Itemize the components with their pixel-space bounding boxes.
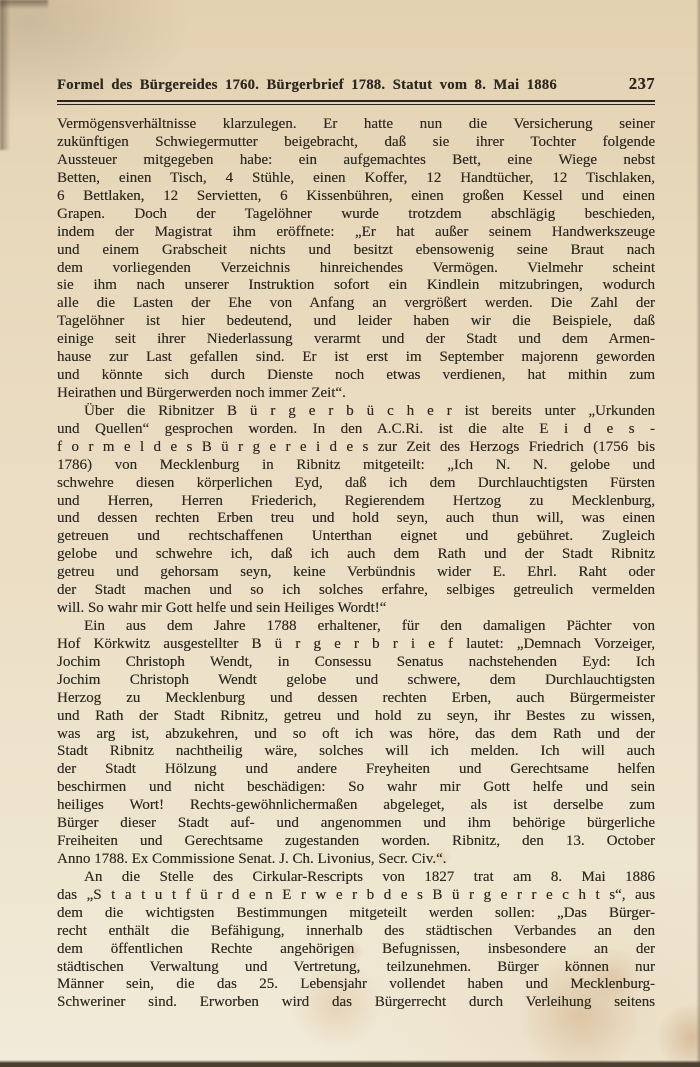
text-line: will. So wahr mir Gott helfe und sein He… — [57, 600, 655, 618]
text-line: Betten, einen Tisch, 4 Stühle, einen Kof… — [57, 170, 655, 188]
text-line: 6 Bettlaken, 12 Servietten, 6 Kissenbühr… — [57, 188, 655, 206]
text-line: getreu und gehorsam seyn, keine Verbündn… — [57, 564, 655, 582]
text-line: und könnte sich durch Dienste noch etwas… — [57, 367, 655, 385]
text-line: Jochim Christoph Wendt gelobe und schwer… — [57, 672, 655, 690]
text-line: Ein aus dem Jahre 1788 erhaltener, für d… — [57, 618, 655, 636]
paragraph: Ein aus dem Jahre 1788 erhaltener, für d… — [57, 618, 655, 869]
text-line: und Herren, Herren Friederich, Regierend… — [57, 493, 655, 511]
text-line: Aussteuer mitgegeben habe: ein aufgemach… — [57, 152, 655, 170]
text-line: schwehre diesen körperlichen Eyd, daß ic… — [57, 475, 655, 493]
paragraph: An die Stelle des Cirkular-Rescripts von… — [57, 869, 655, 1012]
text-line: Herzog zu Mecklenburg und dessen rechten… — [57, 690, 655, 708]
text-line: dem vorliegenden Verzeichnis hinreichend… — [57, 260, 655, 278]
text-line: Heirathen und Bürgerwerden noch immer Ze… — [57, 385, 655, 403]
text-line: sie ihm nach unserer Instruktion sofort … — [57, 277, 655, 295]
text-line: hause zur Last gefallen sind. Er ist ers… — [57, 349, 655, 367]
text-line: Grapen. Doch der Tagelöhner wurde trotzd… — [57, 206, 655, 224]
text-line: Stadt Ribnitz nachtheilig wäre, solches … — [57, 743, 655, 761]
text-line: städtischen Verwaltung und Vertretung, t… — [57, 959, 655, 977]
header-rule-thin — [57, 104, 655, 105]
text-line: zukünftigen Schwiegermutter beigebracht,… — [57, 134, 655, 152]
text-line: beschirmen und nicht beschädigen: So wah… — [57, 779, 655, 797]
text-line: und dessen rechten Erben treu und hold s… — [57, 510, 655, 528]
text-line: und Rath der Stadt Ribnitz, getreu und h… — [57, 708, 655, 726]
book-edge-left-shadow — [0, 0, 10, 150]
text-line: heiliges Wort! Rechts-gewöhnlichermaßen … — [57, 797, 655, 815]
body-text: Vermögensverhältnisse klarzulegen. Er ha… — [57, 116, 655, 1012]
text-line: das „S t a t u t f ü r d e n E r w e r b… — [57, 887, 655, 905]
text-line: Schweriner sind. Erworben wird das Bürge… — [57, 994, 655, 1012]
header-rule-thick — [57, 100, 655, 102]
text-line: recht enthält die Befähigung, innerhalb … — [57, 923, 655, 941]
text-line: Anno 1788. Ex Commissione Senat. J. Ch. … — [57, 851, 655, 869]
text-line: was arg ist, abzukehren, und so oft ich … — [57, 726, 655, 744]
text-line: Jochim Christoph Wendt, in Consessu Sena… — [57, 654, 655, 672]
text-line: f o r m e l d e s B ü r g e r e i d e s … — [57, 439, 655, 457]
text-line: getreuen und rechtschaffenen Unterthan e… — [57, 528, 655, 546]
text-line: An die Stelle des Cirkular-Rescripts von… — [57, 869, 655, 887]
paragraph: Über die Ribnitzer B ü r g e r b ü c h e… — [57, 403, 655, 618]
paper-stain — [655, 1003, 700, 1067]
text-line: Freiheiten und Gerechtsame zugestanden w… — [57, 833, 655, 851]
text-line: der Stadt machen und so ich solches erfa… — [57, 582, 655, 600]
paragraph: Vermögensverhältnisse klarzulegen. Er ha… — [57, 116, 655, 403]
text-line: Vermögensverhältnisse klarzulegen. Er ha… — [57, 116, 655, 134]
text-line: Bürger dieser Stadt auf- und angenommen … — [57, 815, 655, 833]
text-line: alle die Lasten der Ehe von Anfang an ve… — [57, 295, 655, 313]
text-line: der Stadt Hölzung und andere Freyheiten … — [57, 761, 655, 779]
text-line: Männer sein, die das 25. Lebensjahr voll… — [57, 976, 655, 994]
running-head-title: Formel des Bürgereides 1760. Bürgerbrief… — [57, 77, 557, 94]
text-line: indem der Magistrat ihm eröffnete: „Er h… — [57, 224, 655, 242]
text-line: 1786) von Mecklenburg in Ribnitz mitgete… — [57, 457, 655, 475]
running-head: Formel des Bürgereides 1760. Bürgerbrief… — [57, 0, 655, 94]
page-number: 237 — [629, 74, 655, 94]
text-line: dem die wichtigsten Bestimmungen mitgete… — [57, 905, 655, 923]
text-line: und Quellen“ gesprochen worden. In den A… — [57, 421, 655, 439]
book-edge-bottom-shadow — [0, 1060, 700, 1067]
text-line: und einem Grabscheit nichts und besitzt … — [57, 242, 655, 260]
text-line: Hof Körkwitz ausgestellter B ü r g e r b… — [57, 636, 655, 654]
page-content: Formel des Bürgereides 1760. Bürgerbrief… — [57, 0, 655, 1012]
text-line: Tagelöhner ist hier bedeutend, und leide… — [57, 313, 655, 331]
book-edge-top-shadow — [0, 0, 48, 9]
text-line: Über die Ribnitzer B ü r g e r b ü c h e… — [57, 403, 655, 421]
text-line: einige seit ihrer Niederlassung verarmt … — [57, 331, 655, 349]
book-page-scan: Formel des Bürgereides 1760. Bürgerbrief… — [0, 0, 700, 1067]
text-line: dem öffentlichen Rechte angehörigen Befu… — [57, 941, 655, 959]
book-edge-right-shadow — [696, 0, 700, 1067]
text-line: gelobe und schwehre ich, daß ich auch de… — [57, 546, 655, 564]
